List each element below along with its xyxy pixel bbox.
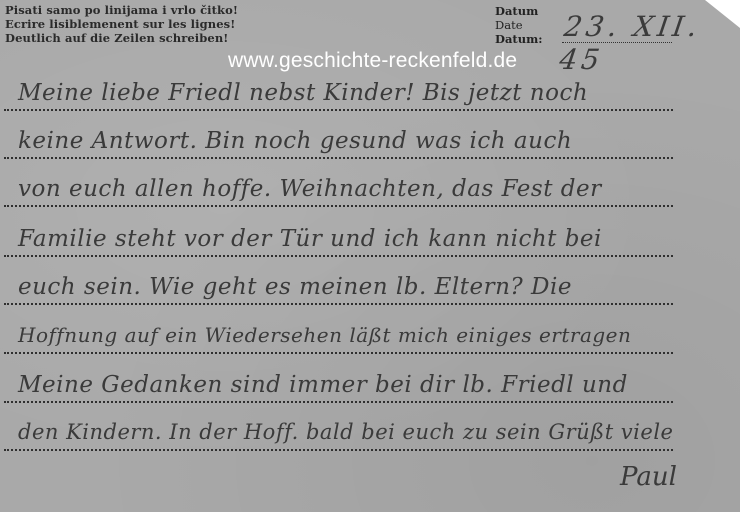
handwriting-line: Hoffnung auf ein Wiedersehen läßt mich e… bbox=[18, 323, 631, 347]
handwriting-line: Meine liebe Friedl nebst Kinder! Bis jet… bbox=[18, 80, 588, 106]
handwriting-line: Familie steht vor der Tür und ich kann n… bbox=[18, 226, 602, 252]
ruled-line bbox=[4, 352, 673, 354]
handwriting-line: den Kindern. In der Hoff. bald bei euch … bbox=[18, 420, 673, 444]
ruled-line bbox=[4, 205, 673, 207]
ruled-line bbox=[4, 255, 673, 257]
instruction-german: Deutlich auf die Zeilen schreiben! bbox=[5, 31, 238, 45]
handwriting-line: Meine Gedanken sind immer bei dir lb. Fr… bbox=[18, 372, 628, 398]
printed-instructions: Pisati samo po linijama i vrlo čitko! Ec… bbox=[5, 3, 238, 45]
date-dotted-line bbox=[562, 42, 672, 43]
instruction-french: Ecrire lisiblemenent sur les lignes! bbox=[5, 17, 238, 31]
signature: Paul bbox=[620, 462, 677, 492]
handwriting-line: keine Antwort. Bin noch gesund was ich a… bbox=[18, 128, 572, 154]
ruled-line bbox=[4, 303, 673, 305]
ruled-line bbox=[4, 401, 673, 403]
ruled-line bbox=[4, 449, 673, 451]
instruction-croatian: Pisati samo po linijama i vrlo čitko! bbox=[5, 3, 238, 17]
date-labels: Datum Date Datum: bbox=[495, 4, 543, 46]
handwriting-line: euch sein. Wie geht es meinen lb. Eltern… bbox=[18, 274, 572, 300]
watermark: www.geschichte-reckenfeld.de bbox=[228, 49, 517, 73]
date-label-datum-colon: Datum: bbox=[495, 32, 543, 46]
date-label-date: Date bbox=[495, 18, 543, 32]
postcard: Pisati samo po linijama i vrlo čitko! Ec… bbox=[0, 0, 740, 512]
handwriting-line: von euch allen hoffe. Weihnachten, das F… bbox=[18, 176, 602, 202]
ruled-line bbox=[4, 109, 673, 111]
handwritten-date: 23. XII. 45 bbox=[557, 10, 740, 76]
date-label-datum: Datum bbox=[495, 4, 543, 18]
ruled-line bbox=[4, 157, 673, 159]
